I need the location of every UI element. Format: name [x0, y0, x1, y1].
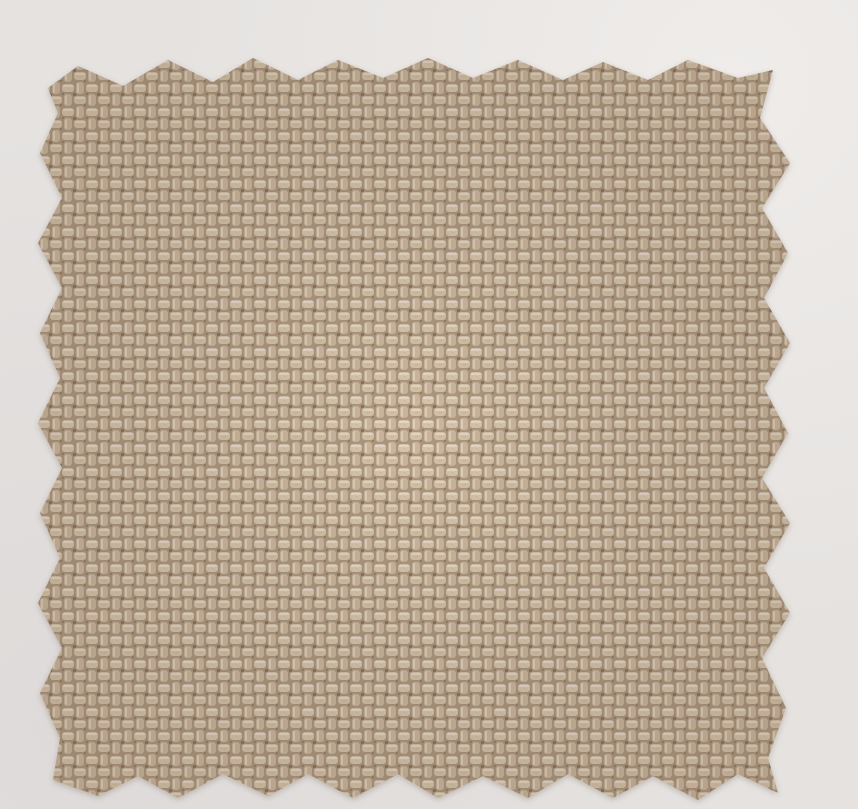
fabric-swatch: [38, 58, 790, 800]
